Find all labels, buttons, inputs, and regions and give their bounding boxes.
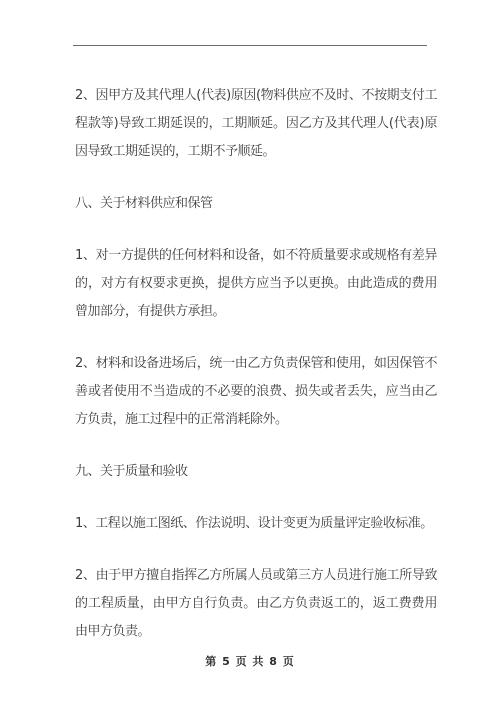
contract-paragraph: 1、对一方提供的任何材料和设备，如不符质量要求或规格有差异的，对方有权要求更换，… bbox=[75, 242, 437, 326]
contract-paragraph: 1、工程以施工图纸、作法说明、设计变更为质量评定验收标准。 bbox=[75, 510, 437, 538]
page-number-footer: 第 5 页 共 8 页 bbox=[0, 653, 500, 669]
contract-paragraph: 2、材料和设备进场后，统一由乙方负责保管和使用，如因保管不善或者使用不当造成的不… bbox=[75, 350, 437, 434]
contract-document-page: 2、因甲方及其代理人(代表)原因(物料供应不及时、不按期支付工程款等)导致工期延… bbox=[0, 0, 500, 707]
document-body: 2、因甲方及其代理人(代表)原因(物料供应不及时、不按期支付工程款等)导致工期延… bbox=[75, 82, 437, 670]
contract-paragraph: 2、由于甲方擅自指挥乙方所属人员或第三方人员进行施工所导致的工程质量，由甲方自行… bbox=[75, 562, 437, 646]
header-rule bbox=[73, 45, 427, 46]
contract-paragraph: 2、因甲方及其代理人(代表)原因(物料供应不及时、不按期支付工程款等)导致工期延… bbox=[75, 82, 437, 166]
section-heading: 八、关于材料供应和保管 bbox=[75, 190, 437, 218]
section-heading: 九、关于质量和验收 bbox=[75, 458, 437, 486]
